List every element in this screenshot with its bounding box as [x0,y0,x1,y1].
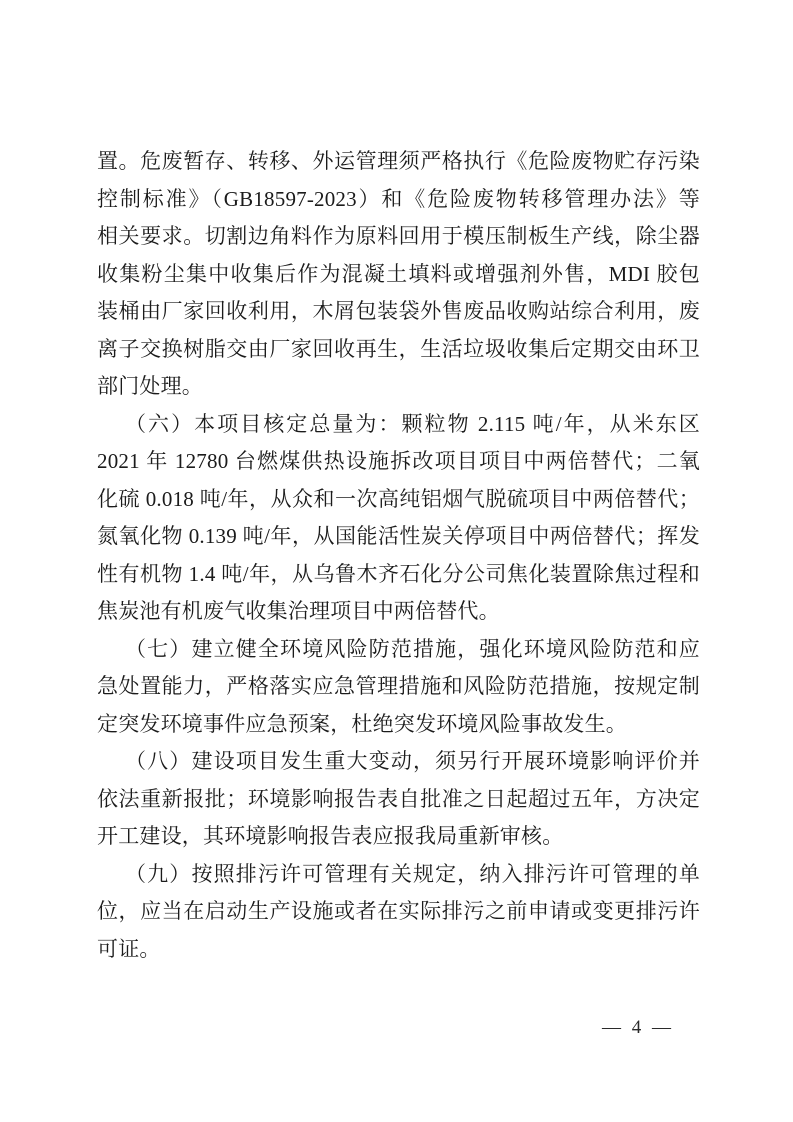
text-line: （八）建设项目发生重大变动，须另行开展环境影响评价并 [97,743,700,781]
text-line: 性有机物 1.4 吨/年，从乌鲁木齐石化分公司焦化装置除焦过程和 [97,556,700,594]
document-page: 置。危废暂存、转移、外运管理须严格执行《危险废物贮存污染控制标准》（GB1859… [0,0,793,1122]
paragraph-item-7: （七）建立健全环境风险防范措施，强化环境风险防范和应急处置能力，严格落实应急管理… [97,631,700,744]
text-line: 置。危废暂存、转移、外运管理须严格执行《危险废物贮存污染 [97,143,700,181]
text-line: （九）按照排污许可管理有关规定，纳入排污许可管理的单 [97,856,700,894]
text-line: 可证。 [97,931,700,969]
text-line: 定突发环境事件应急预案，杜绝突发环境风险事故发生。 [97,706,700,744]
text-line: 位，应当在启动生产设施或者在实际排污之前申请或变更排污许 [97,893,700,931]
paragraph-item-6: （六）本项目核定总量为：颗粒物 2.115 吨/年，从米东区2021 年 127… [97,406,700,631]
text-line: 离子交换树脂交由厂家回收再生，生活垃圾收集后定期交由环卫 [97,331,700,369]
text-line: （七）建立健全环境风险防范措施，强化环境风险防范和应 [97,631,700,669]
page-footer: — 4 — [578,1015,698,1041]
text-line: 氮氧化物 0.139 吨/年，从国能活性炭关停项目中两倍替代；挥发 [97,518,700,556]
text-line: 依法重新报批；环境影响报告表自批准之日起超过五年，方决定 [97,781,700,819]
document-body: 置。危废暂存、转移、外运管理须严格执行《危险废物贮存污染控制标准》（GB1859… [97,143,700,968]
paragraph-item-9: （九）按照排污许可管理有关规定，纳入排污许可管理的单位，应当在启动生产设施或者在… [97,856,700,969]
text-line: 2021 年 12780 台燃煤供热设施拆改项目项目中两倍替代；二氧 [97,443,700,481]
paragraph-continuation: 置。危废暂存、转移、外运管理须严格执行《危险废物贮存污染控制标准》（GB1859… [97,143,700,406]
text-line: 焦炭池有机废气收集治理项目中两倍替代。 [97,593,700,631]
text-line: （六）本项目核定总量为：颗粒物 2.115 吨/年，从米东区 [97,406,700,444]
text-line: 急处置能力，严格落实应急管理措施和风险防范措施，按规定制 [97,668,700,706]
text-line: 开工建设，其环境影响报告表应报我局重新审核。 [97,818,700,856]
paragraph-item-8: （八）建设项目发生重大变动，须另行开展环境影响评价并依法重新报批；环境影响报告表… [97,743,700,856]
text-line: 化硫 0.018 吨/年，从众和一次高纯铝烟气脱硫项目中两倍替代； [97,481,700,519]
text-line: 相关要求。切割边角料作为原料回用于模压制板生产线，除尘器 [97,218,700,256]
text-line: 收集粉尘集中收集后作为混凝土填料或增强剂外售，MDI 胶包 [97,256,700,294]
text-line: 部门处理。 [97,368,700,406]
text-line: 控制标准》（GB18597-2023）和《危险废物转移管理办法》等 [97,181,700,219]
page-number: — 4 — [602,1017,674,1038]
text-line: 装桶由厂家回收利用，木屑包装袋外售废品收购站综合利用，废 [97,293,700,331]
